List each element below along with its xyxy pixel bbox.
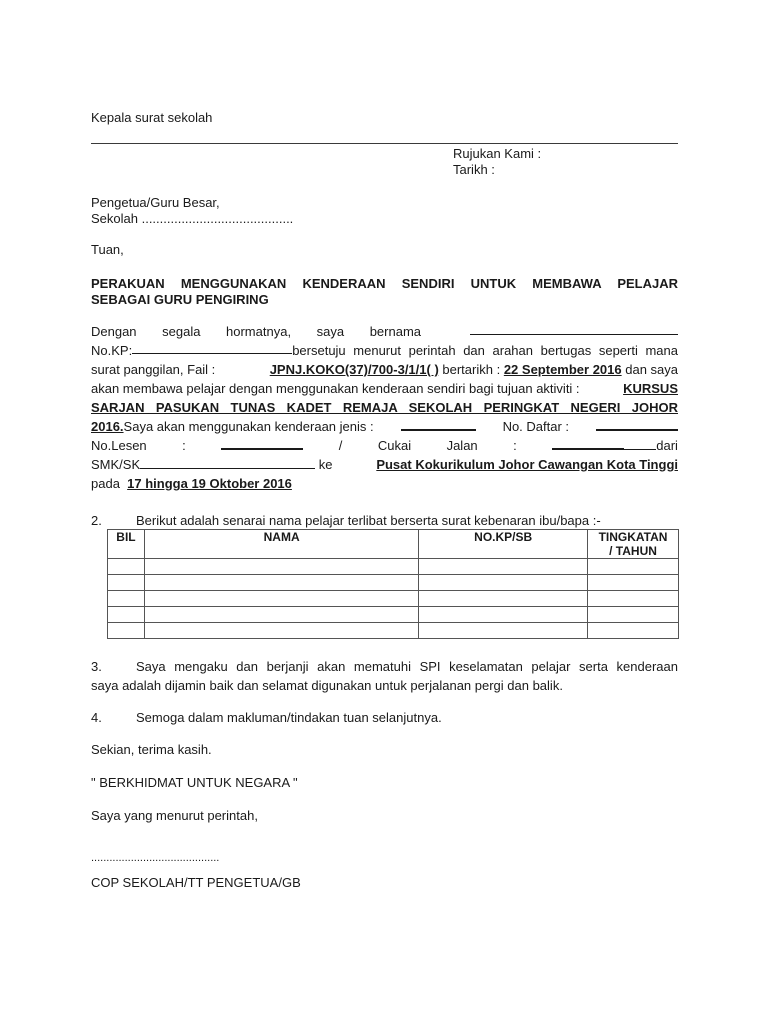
dated-label: bertarikh : <box>439 362 500 377</box>
bil-cell[interactable] <box>108 591 145 607</box>
tingkatan-cell[interactable] <box>588 559 679 575</box>
license-label: No.Lesen <box>91 436 147 455</box>
header-nokp: NO.KP/SB <box>419 530 588 559</box>
registration-field[interactable] <box>596 417 678 431</box>
letterhead: Kepala surat sekolah <box>91 108 212 127</box>
road-tax-field[interactable] <box>552 436 624 450</box>
ic-field[interactable] <box>132 341 292 354</box>
nama-cell[interactable] <box>144 575 418 591</box>
nama-cell[interactable] <box>144 591 418 607</box>
ic-label: No.KP: <box>91 341 132 360</box>
road-tax-label-1: Cukai <box>378 436 411 455</box>
section-4: 4.Semoga dalam makluman/tindakan tuan se… <box>91 708 442 727</box>
activity-name-part2: SARJAN PASUKAN TUNAS KADET REMAJA SEKOLA… <box>91 398 678 417</box>
table-row <box>108 623 679 639</box>
header-nama: NAMA <box>144 530 418 559</box>
table-row <box>108 591 679 607</box>
signature-line[interactable]: ........................................… <box>91 852 219 864</box>
header-tingkatan: TINGKATAN/ TAHUN <box>588 530 679 559</box>
purpose-text: akan membawa pelajar dengan menggunakan … <box>91 379 580 398</box>
section-3-line2: saya adalah dijamin baik dan selamat dig… <box>91 676 678 695</box>
consent-text: bersetuju menurut perintah dan arahan be… <box>292 341 678 360</box>
table-header-row: BIL NAMA NO.KP/SB TINGKATAN/ TAHUN <box>108 530 679 559</box>
registration-label: No. Daftar : <box>503 417 569 436</box>
section-2-number: 2. <box>91 511 136 530</box>
section-2: 2.Berikut adalah senarai nama pelajar te… <box>91 511 601 530</box>
nokp-cell[interactable] <box>419 591 588 607</box>
letter-title-line1: PERAKUAN MENGGUNAKAN KENDERAAN SENDIRI U… <box>91 276 678 292</box>
vehicle-type-field[interactable] <box>401 417 476 431</box>
from-label: dari <box>656 436 678 455</box>
bil-cell[interactable] <box>108 575 145 591</box>
tingkatan-cell[interactable] <box>588 623 679 639</box>
bil-cell[interactable] <box>108 559 145 575</box>
nokp-cell[interactable] <box>419 623 588 639</box>
activity-name-part1: KURSUS <box>623 381 678 396</box>
nama-cell[interactable] <box>144 607 418 623</box>
vehicle-type-label: Saya akan menggunakan kenderaan jenis : <box>124 419 374 434</box>
students-table: BIL NAMA NO.KP/SB TINGKATAN/ TAHUN <box>107 529 679 639</box>
motto: " BERKHIDMAT UNTUK NEGARA " <box>91 773 298 792</box>
table-row <box>108 575 679 591</box>
slash-separator: / <box>339 436 343 455</box>
school-label: SMK/SK <box>91 455 140 474</box>
road-tax-colon: : <box>513 436 517 455</box>
destination: Pusat Kokurikulum Johor Cawangan Kota Ti… <box>376 457 678 472</box>
date-label: Tarikh : <box>453 160 495 179</box>
nokp-cell[interactable] <box>419 607 588 623</box>
intro-text: Dengan segala hormatnya, saya bernama <box>91 322 421 341</box>
name-field[interactable] <box>470 322 678 335</box>
file-number: JPNJ.KOKO(37)/700-3/1/1( ) <box>270 362 439 377</box>
salutation: Tuan, <box>91 240 124 259</box>
closing-thanks: Sekian, terima kasih. <box>91 740 212 759</box>
signature-label: COP SEKOLAH/TT PENGETUA/GB <box>91 873 301 892</box>
header-tingkatan-line1: TINGKATAN <box>599 530 668 544</box>
letter-date: 22 September 2016 <box>504 362 622 377</box>
activity-dates: 17 hingga 19 Oktober 2016 <box>127 476 292 491</box>
section-3: 3. Saya mengaku dan berjanji akan mematu… <box>91 657 678 695</box>
road-tax-field-ext <box>624 437 656 450</box>
table-row <box>108 607 679 623</box>
bil-cell[interactable] <box>108 607 145 623</box>
section-3-number: 3. <box>91 657 136 676</box>
bil-cell[interactable] <box>108 623 145 639</box>
letter-title-line2: SEBAGAI GURU PENGIRING <box>91 292 678 308</box>
section-4-text: Semoga dalam makluman/tindakan tuan sela… <box>136 710 442 725</box>
activity-name-part3: 2016. <box>91 419 124 434</box>
nokp-cell[interactable] <box>419 575 588 591</box>
and-i-text: dan saya <box>622 362 678 377</box>
on-label: pada <box>91 476 120 491</box>
letter-title: PERAKUAN MENGGUNAKAN KENDERAAN SENDIRI U… <box>91 276 678 308</box>
nama-cell[interactable] <box>144 623 418 639</box>
tingkatan-cell[interactable] <box>588 607 679 623</box>
tingkatan-cell[interactable] <box>588 575 679 591</box>
signoff: Saya yang menurut perintah, <box>91 806 258 825</box>
table-row <box>108 559 679 575</box>
file-label: surat panggilan, Fail : <box>91 360 215 379</box>
header-tingkatan-line2: / TAHUN <box>609 544 657 558</box>
nama-cell[interactable] <box>144 559 418 575</box>
letterhead-divider <box>91 143 678 144</box>
section-4-number: 4. <box>91 708 136 727</box>
tingkatan-cell[interactable] <box>588 591 679 607</box>
road-tax-label-2: Jalan <box>447 436 478 455</box>
section-3-line1: Saya mengaku dan berjanji akan mematuhi … <box>136 657 678 676</box>
section-2-text: Berikut adalah senarai nama pelajar terl… <box>136 513 601 528</box>
to-label: ke <box>315 455 336 474</box>
header-bil: BIL <box>108 530 145 559</box>
declaration-paragraph: Dengan segala hormatnya, saya bernama No… <box>91 322 678 493</box>
license-field[interactable] <box>221 436 303 450</box>
nokp-cell[interactable] <box>419 559 588 575</box>
recipient-school: Sekolah ................................… <box>91 209 293 228</box>
license-colon: : <box>182 436 186 455</box>
school-field[interactable] <box>140 456 315 469</box>
